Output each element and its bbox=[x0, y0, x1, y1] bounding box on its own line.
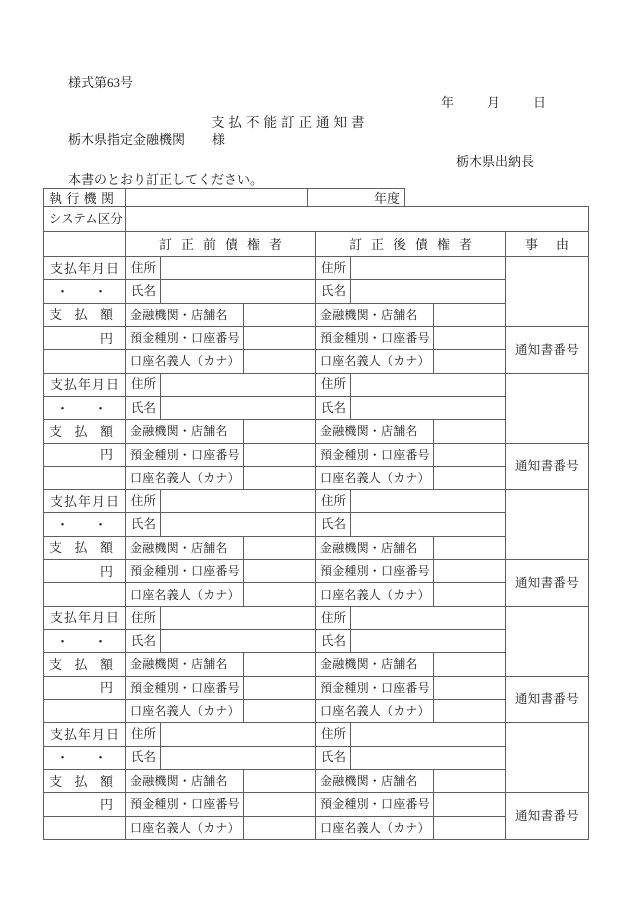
address-after-value-cell bbox=[351, 490, 506, 513]
reason-value-cell bbox=[506, 723, 589, 793]
executing-agency-row: 執行機関 年度 bbox=[44, 189, 405, 208]
address-before-value-cell bbox=[161, 257, 316, 280]
account-row: 円 預金種別・口座番号 預金種別・口座番号 通知書番号 bbox=[44, 560, 589, 583]
address-before-value-cell bbox=[161, 606, 316, 629]
yen-label: 円 bbox=[44, 326, 126, 349]
deposit-account-after-value-cell bbox=[434, 676, 506, 699]
payment-amount-label: 支払額 bbox=[44, 536, 126, 559]
account-holder-before-label: 口座名義人（カナ） bbox=[126, 350, 244, 373]
payment-amount-label: 支払額 bbox=[44, 653, 126, 676]
address-after-value-cell bbox=[351, 373, 506, 396]
account-holder-after-label: 口座名義人（カナ） bbox=[316, 350, 434, 373]
name-after-value-cell bbox=[351, 280, 506, 303]
address-before-value-cell bbox=[161, 373, 316, 396]
deposit-account-before-value-cell bbox=[244, 793, 316, 816]
correction-block: 支払年月日 住所 住所 ・ ・ 氏名 氏名 支払額 金融機関・店舗名 金融機関・… bbox=[44, 257, 589, 374]
notice-number-label: 通知書番号 bbox=[506, 443, 589, 490]
deposit-account-after-value-cell bbox=[434, 560, 506, 583]
account-holder-before-value-cell bbox=[244, 466, 316, 489]
yen-label: 円 bbox=[44, 560, 126, 583]
before-creditor-header: 訂正前債権者 bbox=[126, 232, 316, 257]
bank-branch-after-value-cell bbox=[434, 303, 506, 326]
form-page: { "document": { "form_number": "様式第63号",… bbox=[0, 0, 630, 915]
bank-branch-before-label: 金融機関・店舗名 bbox=[126, 303, 244, 326]
correction-table: システム区分 訂正前債権者 訂正後債権者 事由 支払年月日 住所 住所 ・ ・ … bbox=[43, 206, 589, 840]
name-before-value-cell bbox=[161, 746, 316, 769]
name-before-label: 氏名 bbox=[126, 630, 161, 653]
bank-branch-after-label: 金融機関・店舗名 bbox=[316, 420, 434, 443]
address-before-label: 住所 bbox=[126, 373, 161, 396]
deposit-account-after-value-cell bbox=[434, 326, 506, 349]
deposit-account-after-label: 預金種別・口座番号 bbox=[316, 676, 434, 699]
bank-branch-before-value-cell bbox=[244, 420, 316, 443]
payment-date-separators: ・ ・ bbox=[44, 513, 126, 536]
account-holder-before-label: 口座名義人（カナ） bbox=[126, 583, 244, 606]
address-after-label: 住所 bbox=[316, 257, 351, 280]
name-after-label: 氏名 bbox=[316, 396, 351, 419]
name-after-value-cell bbox=[351, 513, 506, 536]
fiscal-year-label: 年度 bbox=[308, 189, 405, 208]
column-header-row: 訂正前債権者 訂正後債権者 事由 bbox=[44, 232, 589, 257]
bank-branch-after-value-cell bbox=[434, 653, 506, 676]
address-before-label: 住所 bbox=[126, 490, 161, 513]
instruction-text: 本書のとおり訂正してください。 bbox=[68, 169, 263, 188]
system-category-row: システム区分 bbox=[44, 207, 589, 232]
reason-value-cell bbox=[506, 490, 589, 560]
notice-number-label: 通知書番号 bbox=[506, 560, 589, 607]
addressee: 栃木県指定金融機関 bbox=[68, 129, 185, 148]
deposit-account-after-label: 預金種別・口座番号 bbox=[316, 560, 434, 583]
account-holder-after-label: 口座名義人（カナ） bbox=[316, 699, 434, 722]
deposit-account-before-label: 預金種別・口座番号 bbox=[126, 676, 244, 699]
after-creditor-header: 訂正後債権者 bbox=[316, 232, 506, 257]
correction-block: 支払年月日 住所 住所 ・ ・ 氏名 氏名 支払額 金融機関・店舗名 金融機関・… bbox=[44, 373, 589, 490]
address-before-label: 住所 bbox=[126, 606, 161, 629]
address-after-value-cell bbox=[351, 606, 506, 629]
address-before-label: 住所 bbox=[126, 257, 161, 280]
deposit-account-before-label: 預金種別・口座番号 bbox=[126, 326, 244, 349]
payment-date-separators: ・ ・ bbox=[44, 630, 126, 653]
deposit-account-before-value-cell bbox=[244, 560, 316, 583]
address-after-value-cell bbox=[351, 257, 506, 280]
payment-date-label: 支払年月日 bbox=[44, 723, 126, 746]
bank-branch-before-label: 金融機関・店舗名 bbox=[126, 536, 244, 559]
bank-branch-before-value-cell bbox=[244, 303, 316, 326]
deposit-account-before-value-cell bbox=[244, 676, 316, 699]
deposit-account-before-label: 預金種別・口座番号 bbox=[126, 560, 244, 583]
bank-branch-after-label: 金融機関・店舗名 bbox=[316, 653, 434, 676]
executing-agency-table: 執行機関 年度 bbox=[43, 188, 405, 208]
address-row: 支払年月日 住所 住所 bbox=[44, 723, 589, 746]
name-after-value-cell bbox=[351, 630, 506, 653]
yen-label: 円 bbox=[44, 676, 126, 699]
bank-branch-before-label: 金融機関・店舗名 bbox=[126, 653, 244, 676]
bank-branch-after-value-cell bbox=[434, 769, 506, 792]
deposit-account-after-value-cell bbox=[434, 443, 506, 466]
addressee-line: 栃木県指定金融機関 様 bbox=[68, 129, 225, 148]
name-before-label: 氏名 bbox=[126, 280, 161, 303]
notice-number-label: 通知書番号 bbox=[506, 676, 589, 723]
date-month-label: 月 bbox=[487, 92, 500, 111]
name-after-label: 氏名 bbox=[316, 513, 351, 536]
corner-cell bbox=[44, 232, 126, 257]
date-year-label: 年 bbox=[441, 92, 454, 111]
account-holder-after-label: 口座名義人（カナ） bbox=[316, 583, 434, 606]
bank-branch-before-value-cell bbox=[244, 653, 316, 676]
account-holder-before-label: 口座名義人（カナ） bbox=[126, 699, 244, 722]
bank-branch-after-value-cell bbox=[434, 420, 506, 443]
notice-number-label: 通知書番号 bbox=[506, 326, 589, 373]
address-after-label: 住所 bbox=[316, 606, 351, 629]
payment-date-separators: ・ ・ bbox=[44, 746, 126, 769]
form-number: 様式第63号 bbox=[68, 72, 133, 91]
name-before-label: 氏名 bbox=[126, 513, 161, 536]
account-holder-after-label: 口座名義人（カナ） bbox=[316, 466, 434, 489]
address-row: 支払年月日 住所 住所 bbox=[44, 490, 589, 513]
sender: 栃木県出納長 bbox=[456, 151, 534, 170]
table-header-rows: システム区分 訂正前債権者 訂正後債権者 事由 bbox=[44, 207, 589, 257]
correction-block: 支払年月日 住所 住所 ・ ・ 氏名 氏名 支払額 金融機関・店舗名 金融機関・… bbox=[44, 490, 589, 607]
account-holder-before-value-cell bbox=[244, 699, 316, 722]
executing-agency-label: 執行機関 bbox=[44, 189, 126, 208]
deposit-account-before-label: 預金種別・口座番号 bbox=[126, 793, 244, 816]
bank-branch-before-label: 金融機関・店舗名 bbox=[126, 420, 244, 443]
address-row: 支払年月日 住所 住所 bbox=[44, 373, 589, 396]
account-holder-after-value-cell bbox=[434, 699, 506, 722]
bank-branch-after-value-cell bbox=[434, 536, 506, 559]
correction-block: 支払年月日 住所 住所 ・ ・ 氏名 氏名 支払額 金融機関・店舗名 金融機関・… bbox=[44, 606, 589, 723]
deposit-account-before-value-cell bbox=[244, 326, 316, 349]
address-after-label: 住所 bbox=[316, 490, 351, 513]
account-holder-before-label: 口座名義人（カナ） bbox=[126, 466, 244, 489]
reason-value-cell bbox=[506, 257, 589, 327]
reason-header: 事由 bbox=[506, 232, 589, 257]
amount-value-cell bbox=[44, 699, 126, 722]
account-row: 円 預金種別・口座番号 預金種別・口座番号 通知書番号 bbox=[44, 326, 589, 349]
date-line: 年 月 日 bbox=[441, 92, 546, 111]
account-row: 円 預金種別・口座番号 預金種別・口座番号 通知書番号 bbox=[44, 443, 589, 466]
name-before-label: 氏名 bbox=[126, 746, 161, 769]
yen-label: 円 bbox=[44, 793, 126, 816]
name-before-value-cell bbox=[161, 280, 316, 303]
name-after-value-cell bbox=[351, 396, 506, 419]
addressee-honorific: 様 bbox=[212, 129, 225, 148]
account-row: 円 預金種別・口座番号 預金種別・口座番号 通知書番号 bbox=[44, 676, 589, 699]
bank-branch-before-value-cell bbox=[244, 769, 316, 792]
name-before-value-cell bbox=[161, 630, 316, 653]
reason-value-cell bbox=[506, 606, 589, 676]
bank-branch-after-label: 金融機関・店舗名 bbox=[316, 303, 434, 326]
deposit-account-before-value-cell bbox=[244, 443, 316, 466]
name-after-label: 氏名 bbox=[316, 630, 351, 653]
account-holder-after-value-cell bbox=[434, 350, 506, 373]
amount-value-cell bbox=[44, 466, 126, 489]
account-holder-before-value-cell bbox=[244, 350, 316, 373]
bank-branch-after-label: 金融機関・店舗名 bbox=[316, 769, 434, 792]
address-before-value-cell bbox=[161, 723, 316, 746]
account-holder-before-value-cell bbox=[244, 816, 316, 839]
address-row: 支払年月日 住所 住所 bbox=[44, 257, 589, 280]
account-holder-after-value-cell bbox=[434, 583, 506, 606]
name-after-label: 氏名 bbox=[316, 280, 351, 303]
system-category-value-cell bbox=[126, 207, 589, 232]
account-holder-after-label: 口座名義人（カナ） bbox=[316, 816, 434, 839]
account-row: 円 預金種別・口座番号 預金種別・口座番号 通知書番号 bbox=[44, 793, 589, 816]
payment-date-label: 支払年月日 bbox=[44, 257, 126, 280]
amount-value-cell bbox=[44, 350, 126, 373]
payment-date-separators: ・ ・ bbox=[44, 280, 126, 303]
account-holder-after-value-cell bbox=[434, 466, 506, 489]
executing-agency-value-cell bbox=[126, 189, 308, 208]
name-before-label: 氏名 bbox=[126, 396, 161, 419]
bank-branch-after-label: 金融機関・店舗名 bbox=[316, 536, 434, 559]
address-after-value-cell bbox=[351, 723, 506, 746]
deposit-account-after-label: 預金種別・口座番号 bbox=[316, 443, 434, 466]
notice-number-label: 通知書番号 bbox=[506, 793, 589, 840]
payment-date-label: 支払年月日 bbox=[44, 373, 126, 396]
correction-block: 支払年月日 住所 住所 ・ ・ 氏名 氏名 支払額 金融機関・店舗名 金融機関・… bbox=[44, 723, 589, 840]
account-holder-before-label: 口座名義人（カナ） bbox=[126, 816, 244, 839]
address-after-label: 住所 bbox=[316, 723, 351, 746]
address-before-label: 住所 bbox=[126, 723, 161, 746]
name-before-value-cell bbox=[161, 396, 316, 419]
account-holder-before-value-cell bbox=[244, 583, 316, 606]
deposit-account-after-label: 預金種別・口座番号 bbox=[316, 793, 434, 816]
reason-value-cell bbox=[506, 373, 589, 443]
name-after-value-cell bbox=[351, 746, 506, 769]
payment-date-label: 支払年月日 bbox=[44, 490, 126, 513]
address-before-value-cell bbox=[161, 490, 316, 513]
bank-branch-before-label: 金融機関・店舗名 bbox=[126, 769, 244, 792]
account-holder-after-value-cell bbox=[434, 816, 506, 839]
amount-value-cell bbox=[44, 583, 126, 606]
address-row: 支払年月日 住所 住所 bbox=[44, 606, 589, 629]
document-title: 支払不能訂正通知書 bbox=[211, 111, 369, 131]
date-day-label: 日 bbox=[533, 92, 546, 111]
deposit-account-after-value-cell bbox=[434, 793, 506, 816]
bank-branch-before-value-cell bbox=[244, 536, 316, 559]
payment-date-label: 支払年月日 bbox=[44, 606, 126, 629]
amount-value-cell bbox=[44, 816, 126, 839]
yen-label: 円 bbox=[44, 443, 126, 466]
deposit-account-after-label: 預金種別・口座番号 bbox=[316, 326, 434, 349]
system-category-label: システム区分 bbox=[44, 207, 126, 232]
name-after-label: 氏名 bbox=[316, 746, 351, 769]
payment-date-separators: ・ ・ bbox=[44, 396, 126, 419]
name-before-value-cell bbox=[161, 513, 316, 536]
address-after-label: 住所 bbox=[316, 373, 351, 396]
payment-amount-label: 支払額 bbox=[44, 769, 126, 792]
deposit-account-before-label: 預金種別・口座番号 bbox=[126, 443, 244, 466]
payment-amount-label: 支払額 bbox=[44, 303, 126, 326]
payment-amount-label: 支払額 bbox=[44, 420, 126, 443]
